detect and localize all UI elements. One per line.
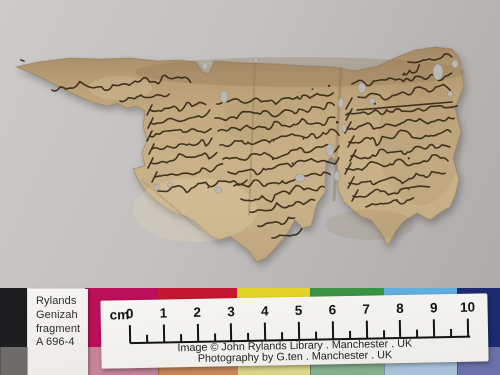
ruler-number: 8 (396, 301, 404, 316)
ruler-tick-major (433, 319, 435, 337)
ruler-tick-major (365, 321, 367, 339)
ruler-number: 4 (261, 303, 269, 318)
patch-dark-gray (0, 347, 27, 375)
paper-hole (334, 171, 340, 181)
paper-hole (358, 83, 366, 93)
paper-hole (202, 62, 208, 70)
shelfmark-label: Rylands Genizah fragment A 696-4 (28, 289, 88, 375)
ruler-number: 9 (430, 300, 438, 315)
paper-hole (326, 144, 334, 156)
paper-hole (452, 60, 458, 68)
paper-hole (295, 174, 305, 182)
ruler-number: 2 (193, 305, 201, 320)
shelfmark-line: Rylands (36, 295, 88, 309)
ruler-number: 0 (126, 306, 134, 321)
ruler-tick-major (332, 321, 334, 339)
ruler-tick-major (467, 319, 469, 337)
patch-black (0, 288, 27, 347)
ruler-number: 3 (227, 304, 235, 319)
paper-hole (214, 187, 222, 193)
shelfmark-line: Genizah (36, 309, 88, 323)
paper-hole (448, 91, 453, 97)
scale-ruler: cm 012345678910 Image © John Rylands Lib… (100, 293, 488, 368)
shelfmark-line: A 696-4 (36, 336, 88, 350)
ruler-tick-major (399, 320, 401, 338)
photo-backdrop: Rylands Genizah fragment A 696-4 cm 0123… (0, 0, 500, 375)
ruler-number: 10 (460, 300, 475, 315)
ruler-tick-major (298, 322, 300, 340)
ruler-number: 1 (160, 305, 168, 320)
ruler-tick-major (196, 324, 198, 342)
ruler-number: 7 (362, 302, 370, 317)
paper-hole (154, 184, 160, 190)
paper-hole (433, 64, 443, 80)
paper-hole (342, 124, 347, 132)
paper-hole (220, 91, 228, 103)
ruler-tick-major (230, 323, 232, 341)
paper-hole (369, 98, 375, 104)
paper-hole (168, 183, 173, 188)
ruler-number: 5 (295, 303, 303, 318)
shelfmark-line: fragment (36, 323, 88, 337)
ruler-tick-major (163, 324, 165, 342)
paper-hole (338, 98, 344, 108)
ruler-tick-major (129, 325, 131, 343)
ruler-number: 6 (328, 302, 336, 317)
ruler-tick-major (264, 323, 266, 341)
paper-hole (254, 58, 259, 63)
